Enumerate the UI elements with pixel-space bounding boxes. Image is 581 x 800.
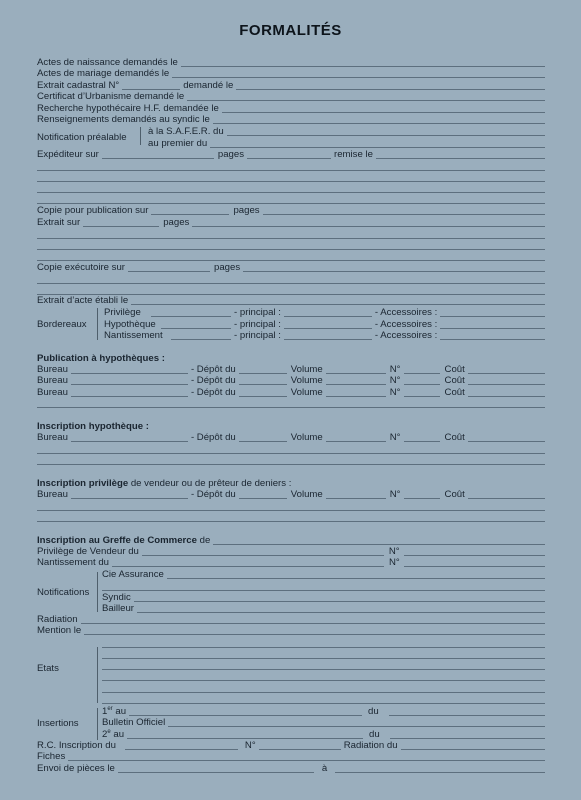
fiches-field[interactable] [68,752,545,761]
inscription-hypotheque-heading: Inscription hypothèque : [37,421,149,432]
depot-field[interactable] [239,490,287,499]
blank-line[interactable] [37,238,545,239]
extrait-pages-field[interactable] [192,218,545,227]
bureau-row: Bureau- Dépôt duVolumeN°Coût [37,387,545,398]
volume-field[interactable] [326,376,386,385]
numero-field[interactable] [404,376,440,385]
bureau-field[interactable] [71,388,188,397]
syndic-field[interactable] [213,115,545,124]
bordereau-row: Privilège- principal :- Accessoires : [104,307,545,318]
cout-field[interactable] [468,433,545,442]
extrait-acte-field[interactable] [131,296,545,305]
safer-field[interactable] [227,127,545,136]
blank-line[interactable] [37,203,545,204]
cout-field[interactable] [468,365,545,374]
bureau-field[interactable] [71,365,188,374]
greffe-row: Inscription au Greffe de Commerce de [37,535,545,546]
inscription-privilege-heading: Inscription privilège de vendeur ou de p… [37,478,291,489]
urbanisme-row: Certificat d’Urbanisme demandé le [37,91,545,102]
blank-line[interactable] [37,521,545,522]
notifications-label: Notifications [37,587,89,598]
mariage-row: Actes de mariage demandés le [37,68,545,79]
rc-number-field[interactable] [259,741,341,750]
blank-line[interactable] [37,453,545,454]
mention-field[interactable] [84,626,545,635]
premier-field[interactable] [210,139,545,148]
insertion-second-date-field[interactable] [390,730,545,739]
radiation-row: Radiation [37,614,545,625]
etats-line[interactable] [102,647,545,648]
principal-field[interactable] [284,308,372,317]
insertion-first-row: 1er audu [102,706,545,717]
bracket-divider [97,308,98,340]
expediteur-pages-field[interactable] [247,150,331,159]
syndic-notif-field[interactable] [134,593,545,602]
bracket-divider [140,127,141,145]
numero-field[interactable] [404,388,440,397]
etats-label: Etats [37,663,59,674]
syndic-notif-row: Syndic [102,592,545,603]
bracket-divider [97,572,98,612]
etats-line[interactable] [102,692,545,693]
bracket-divider [97,708,98,740]
cout-field[interactable] [468,376,545,385]
blank-line[interactable] [37,407,545,408]
bulletin-row: Bulletin Officiel [102,717,545,728]
etats-line[interactable] [102,703,545,704]
privilege-number-field[interactable] [404,547,545,556]
bulletin-field[interactable] [168,718,545,727]
blank-line[interactable] [37,249,545,250]
blank-line[interactable] [37,192,545,193]
insertion-first-date-field[interactable] [389,707,545,716]
cadastral-row: Extrait cadastral N°demandé le [37,80,545,91]
bordereau-field[interactable] [161,320,231,329]
insertion-second-row: 2e audu [102,729,545,740]
bordereau-field[interactable] [151,308,231,317]
privilege-vendeur-row: Privilège de Vendeur duN° [37,546,545,557]
copie-executoire-field[interactable] [128,263,210,272]
syndic-row: Renseignements demandés au syndic le [37,114,545,125]
envoi-row: Envoi de pièces leà [37,763,545,774]
depot-field[interactable] [239,376,287,385]
accessoires-field[interactable] [440,331,545,340]
bureau-row: Bureau- Dépôt duVolumeN°Coût [37,375,545,386]
blank-line[interactable] [37,510,545,511]
bordereau-row: Nantissement- principal :- Accessoires : [104,330,545,341]
rc-radiation-field[interactable] [401,741,545,750]
safer-row: à la S.A.F.E.R. du [148,126,545,137]
page-title: FORMALITÉS [0,22,581,39]
bailleur-field[interactable] [137,604,545,613]
blank-line[interactable] [37,181,545,182]
bureau-field[interactable] [71,433,188,442]
envoi-destination-field[interactable] [335,764,545,773]
principal-field[interactable] [284,320,372,329]
nantissement-field[interactable] [112,558,384,567]
rc-row: R.C. Inscription duN°Radiation du [37,740,545,751]
numero-field[interactable] [404,490,440,499]
assurance-row: Cie Assurance [102,569,545,580]
accessoires-field[interactable] [440,320,545,329]
copie-publication-field[interactable] [151,206,229,215]
numero-field[interactable] [404,433,440,442]
mariage-field[interactable] [172,69,545,78]
bordereau-field[interactable] [171,331,231,340]
nantissement-row: Nantissement duN° [37,557,545,568]
cadastral-date-field[interactable] [236,81,545,90]
copie-publication-pages-field[interactable] [263,206,545,215]
etats-line[interactable] [102,658,545,659]
blank-line[interactable] [37,170,545,171]
fiches-row: Fiches [37,751,545,762]
naissance-field[interactable] [181,58,545,67]
blank-line[interactable] [102,590,545,591]
bailleur-row: Bailleur [102,603,545,614]
cout-field[interactable] [468,490,545,499]
bureau-row: Bureau- Dépôt duVolumeN°Coût [37,489,545,500]
depot-field[interactable] [239,388,287,397]
bureau-field[interactable] [71,376,188,385]
copie-executoire-pages-field[interactable] [243,263,545,272]
etats-line[interactable] [102,680,545,681]
bureau-field[interactable] [71,490,188,499]
insertion-first-field[interactable] [129,707,362,716]
nantissement-number-field[interactable] [404,558,545,567]
radiation-field[interactable] [81,615,545,624]
assurance-field[interactable] [167,570,545,579]
bureau-row: Bureau- Dépôt duVolumeN°Coût [37,432,545,443]
hypothecaire-row: Recherche hypothécaire H.F. demandée le [37,103,545,114]
hypothecaire-field[interactable] [222,104,545,113]
envoi-date-field[interactable] [118,764,314,773]
notification-prealable-label: Notification préalable [37,132,127,143]
blank-line[interactable] [37,464,545,465]
extrait-field[interactable] [83,218,159,227]
rc-date-field[interactable] [125,741,238,750]
accessoires-field[interactable] [440,308,545,317]
cout-field[interactable] [468,388,545,397]
urbanisme-field[interactable] [187,92,545,101]
insertions-label: Insertions [37,718,79,729]
volume-field[interactable] [326,365,386,374]
principal-field[interactable] [284,331,372,340]
bureau-row: Bureau- Dépôt duVolumeN°Coût [37,364,545,375]
bordereau-row: Hypothèque- principal :- Accessoires : [104,319,545,330]
naissance-row: Actes de naissance demandés le [37,57,545,68]
greffe-field[interactable] [213,536,545,545]
blank-line[interactable] [37,260,545,261]
insertion-second-field[interactable] [127,730,363,739]
cadastral-number-field[interactable] [122,81,180,90]
extrait-acte-row: Extrait d’acte établi le [37,295,545,306]
numero-field[interactable] [404,365,440,374]
volume-field[interactable] [326,433,386,442]
extrait-row: Extrait surpages [37,217,545,228]
premier-row: au premier du [148,138,545,149]
bracket-divider [97,647,98,703]
publication-heading: Publication à hypothèques : [37,353,165,364]
copie-publication-row: Copie pour publication surpages [37,205,545,216]
etats-line[interactable] [102,669,545,670]
mention-row: Mention le [37,625,545,636]
privilege-vendeur-field[interactable] [142,547,384,556]
remise-field[interactable] [376,150,545,159]
expediteur-row: Expéditeur surpagesremise le [37,149,545,160]
copie-executoire-row: Copie exécutoire surpages [37,262,545,273]
volume-field[interactable] [326,490,386,499]
blank-line[interactable] [37,283,545,284]
depot-field[interactable] [239,365,287,374]
bordereaux-label: Bordereaux [37,319,87,330]
depot-field[interactable] [239,433,287,442]
expediteur-field[interactable] [102,150,214,159]
volume-field[interactable] [326,388,386,397]
